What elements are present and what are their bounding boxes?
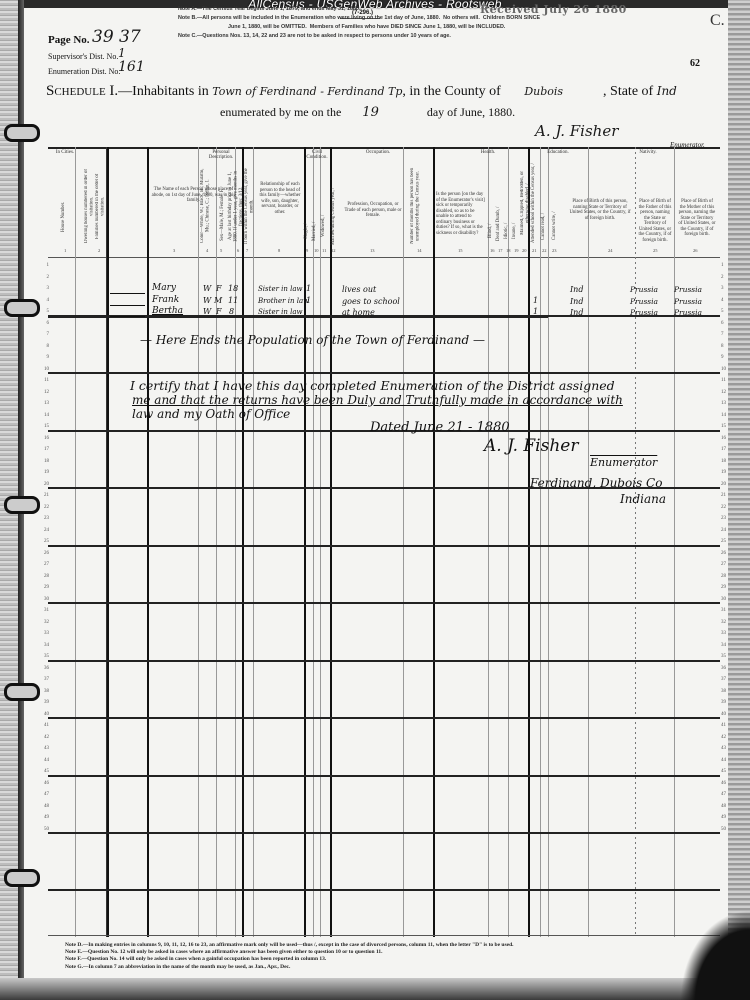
line-number: 39 xyxy=(41,697,49,709)
note-g: Note G.—In column 7 an abbreviation in t… xyxy=(65,964,514,971)
header-sickness: Is the person [on the day of the Enumera… xyxy=(436,192,486,236)
cell-age: 11 xyxy=(228,296,238,305)
line-number: 2 xyxy=(41,272,49,284)
enumerator-signature-header: A. J. Fisher xyxy=(535,122,618,140)
col-divider xyxy=(330,147,332,937)
cell-school: 1 xyxy=(533,296,538,305)
census-page: AllCensus - USGenWeb Archives - Rootsweb… xyxy=(0,0,750,1000)
line-number: 25 xyxy=(41,536,49,548)
line-number: 40 xyxy=(41,709,49,721)
header-single: Single, / xyxy=(304,217,310,245)
group-health: Health. xyxy=(458,150,518,155)
footnotes: Note D.—In making entries in columns 9, … xyxy=(65,942,514,971)
col-num: 3 xyxy=(173,248,175,253)
header-age: Age at last birthday prior to June 1, 18… xyxy=(228,167,245,245)
page-no-value: 39 37 xyxy=(92,27,141,47)
line-number: 24 xyxy=(41,525,49,537)
group-civil: Civil Condition. xyxy=(304,150,330,160)
line-number: 33 xyxy=(41,628,49,640)
cell-relationship: Sister in law xyxy=(258,308,303,316)
col-divider xyxy=(508,147,509,937)
col-num: 2 xyxy=(98,248,100,253)
schedule-title-text: —Inhabitants in xyxy=(118,84,209,99)
cell-age: 8 xyxy=(229,307,234,316)
col-divider xyxy=(75,147,76,937)
col-num: 1 xyxy=(64,248,66,253)
row-rule-25 xyxy=(48,545,720,547)
enumeration-label: Enumeration Dist. No. xyxy=(48,67,120,76)
line-number: 18 xyxy=(41,456,49,468)
certification-line-1: I certify that I have this day completed… xyxy=(130,378,615,393)
col-divider xyxy=(320,147,321,937)
col-num: 21 xyxy=(532,248,537,253)
col-num: 17 xyxy=(498,248,503,253)
line-number: 11 xyxy=(41,375,49,387)
row-rule-45 xyxy=(48,775,720,777)
col-num: 18 xyxy=(506,248,511,253)
line-number: 31 xyxy=(41,605,49,617)
header-occupation: Profession, Occupation, or Trade of each… xyxy=(344,202,402,219)
line-number: 27 xyxy=(41,559,49,571)
state-value: Ind xyxy=(657,84,677,98)
line-number: 26 xyxy=(41,548,49,560)
header-idiotic: Idiotic, / xyxy=(504,217,510,245)
line-number: 44 xyxy=(41,755,49,767)
col-num: 12 xyxy=(331,248,336,253)
corner-letter: C. xyxy=(710,12,725,30)
col-divider xyxy=(235,147,236,937)
col-num: 14 xyxy=(417,248,422,253)
note-f: Note F.—Question No. 14 will only be ask… xyxy=(65,956,514,963)
col-divider xyxy=(548,147,549,937)
schedule-title: Schedule I.—Inhabitants in Town of Ferdi… xyxy=(46,83,677,100)
cell-birthplace: Ind xyxy=(570,285,583,294)
line-number: 50 xyxy=(41,824,49,836)
line-number: 30 xyxy=(41,594,49,606)
line-number: 48 xyxy=(41,801,49,813)
header-blind: Blind, / xyxy=(488,217,494,245)
line-number: 7 xyxy=(41,329,49,341)
line-number: 4 xyxy=(41,295,49,307)
line-number: 23 xyxy=(41,513,49,525)
col-num: 6 xyxy=(237,248,239,253)
cell-father-birthplace: Prussia xyxy=(630,297,658,306)
header-widowed: Widowed, / xyxy=(321,207,327,245)
schedule-label: Schedule I. xyxy=(46,83,118,99)
enumerator-title: Enumerator xyxy=(590,456,657,469)
header-families: Families numbered in the order of visita… xyxy=(95,167,106,245)
line-number: 17 xyxy=(41,444,49,456)
col-divider xyxy=(242,147,244,937)
enumerated-prefix: enumerated by me on the xyxy=(220,105,341,119)
header-maimed: Maimed, Crippled, Bedridden, or otherwis… xyxy=(520,162,531,245)
bottom-shadow xyxy=(0,978,750,1000)
enumerator-signature: A. J. Fisher xyxy=(484,436,578,456)
header-relationship: Relationship of each person to the head … xyxy=(258,182,302,215)
line-number: 16 xyxy=(41,433,49,445)
col-num: 7 xyxy=(246,248,248,253)
line-numbers-left: 1 2 3 4 5 6 7 8 9 10 11 12 13 14 15 16 1… xyxy=(41,260,49,835)
line-number: 13 xyxy=(41,398,49,410)
line-number: 5 xyxy=(41,306,49,318)
note-c: Note C.—Questions Nos. 13, 14, 22 and 23… xyxy=(178,32,540,41)
ditto-dash xyxy=(110,293,145,294)
col-divider xyxy=(216,147,217,937)
header-attended-school: Attended school within the Census year, … xyxy=(531,162,537,245)
binder-ring-icon xyxy=(4,496,40,514)
header-father-birthplace: Place of Birth of the Father of this per… xyxy=(638,199,672,243)
group-in-cities: In Cities. xyxy=(50,150,80,155)
cell-name: Bertha xyxy=(152,306,183,316)
cell-relationship: Sister in law xyxy=(258,285,303,293)
binding-right xyxy=(728,0,750,1000)
col-divider xyxy=(433,147,435,937)
cell-age: 18 xyxy=(228,284,238,293)
line-number: 19 xyxy=(41,467,49,479)
county-label: , in the County of xyxy=(402,84,500,99)
row-rule-55 xyxy=(48,889,720,891)
line-number: 14 xyxy=(41,410,49,422)
col-num: 11 xyxy=(322,248,326,253)
header-married-census-year: Married during Census year, / xyxy=(331,187,337,245)
header-birth-month: If born within the Census year, give the… xyxy=(244,167,255,245)
county-value: Dubois xyxy=(504,85,603,98)
col-divider xyxy=(528,147,530,937)
col-num: 24 xyxy=(608,248,613,253)
cell-color: W xyxy=(203,307,211,316)
col-divider xyxy=(313,147,314,937)
note-d: Note D.—In making entries in columns 9, … xyxy=(65,942,514,949)
col-divider xyxy=(488,147,489,937)
cell-occupation: goes to school xyxy=(342,297,400,306)
line-number: 10 xyxy=(41,364,49,376)
line-number: 34 xyxy=(41,640,49,652)
group-education: Education. xyxy=(533,150,583,155)
line-number: 29 xyxy=(41,582,49,594)
cell-father-birthplace: Prussia xyxy=(630,308,658,317)
col-divider xyxy=(403,147,404,937)
note-b-cont: June 1, 1880, will be OMITTED. Members o… xyxy=(178,23,540,32)
col-num: 22 xyxy=(542,248,547,253)
line-number: 28 xyxy=(41,571,49,583)
cell-color: W xyxy=(203,296,211,305)
group-occupation: Occupation. xyxy=(348,150,408,155)
enumeration-value: 161 xyxy=(118,59,145,75)
cell-single: 1 xyxy=(306,284,311,293)
col-num: 5 xyxy=(220,248,222,253)
cell-mother-birthplace: Prussia xyxy=(674,285,702,294)
line-number: 21 xyxy=(41,490,49,502)
row-rule-40 xyxy=(48,717,720,719)
cell-relationship: Brother in law xyxy=(258,297,309,305)
line-number: 3 xyxy=(41,283,49,295)
line-number: 32 xyxy=(41,617,49,629)
state-label: , State of xyxy=(603,84,653,99)
cell-sex: F xyxy=(216,284,222,293)
header-cannot-write: Cannot write, / xyxy=(552,207,558,245)
ditto-dash xyxy=(110,305,145,306)
cell-name: Frank xyxy=(152,295,179,305)
line-number: 12 xyxy=(41,387,49,399)
col-num: 16 xyxy=(490,248,495,253)
col-divider xyxy=(588,147,589,937)
group-personal: Personal Description. xyxy=(200,150,242,160)
enumerated-suffix: day of June, 1880. xyxy=(427,105,515,119)
col-divider xyxy=(147,147,149,937)
row-rule-50 xyxy=(48,832,720,834)
line-number: 46 xyxy=(41,778,49,790)
note-e: Note E.—Question No. 12 will only be ask… xyxy=(65,949,514,956)
location-line-2: Indiana xyxy=(620,492,666,506)
cell-father-birthplace: Prussia xyxy=(630,285,658,294)
cell-single: 1 xyxy=(306,296,311,305)
row-underline xyxy=(48,317,548,318)
header-cannot-read: Cannot read, / xyxy=(541,207,547,245)
col-num: 10 xyxy=(314,248,319,253)
line-number: 37 xyxy=(41,674,49,686)
line-number: 6 xyxy=(41,318,49,330)
col-num: 23 xyxy=(552,248,557,253)
header-color: Color—White, W.; Black, B.; Mulatto, Mu.… xyxy=(200,167,211,245)
header-birthplace: Place of Birth of this person, naming St… xyxy=(568,199,632,221)
cell-birthplace: Ind xyxy=(570,297,583,306)
cell-sex: M xyxy=(214,296,222,305)
table-bottom-rule xyxy=(48,935,720,936)
line-number: 38 xyxy=(41,686,49,698)
header-notes: Note A.—The Census Year begins June 1, 1… xyxy=(178,5,540,41)
cell-birthplace: Ind xyxy=(570,308,583,317)
line-number: 35 xyxy=(41,651,49,663)
col-num: 15 xyxy=(458,248,463,253)
cell-occupation: lives out xyxy=(342,285,376,294)
line-number: 8 xyxy=(41,341,49,353)
certification-line-3: law and my Oath of Office xyxy=(132,407,290,421)
line-number: 45 xyxy=(41,766,49,778)
col-divider xyxy=(253,147,254,937)
note-a: Note A.—The Census Year begins June 1, 1… xyxy=(178,5,540,14)
line-number: 47 xyxy=(41,789,49,801)
cell-name: Mary xyxy=(152,283,176,293)
col-divider xyxy=(107,147,109,937)
group-nativity: Nativity. xyxy=(618,150,678,155)
end-of-population-note: — Here Ends the Population of the Town o… xyxy=(140,333,485,347)
page-no-label: Page No. xyxy=(48,34,90,46)
col-divider xyxy=(540,147,541,937)
col-divider xyxy=(198,147,199,937)
header-house-number: House Number. xyxy=(61,192,67,242)
place-value: Town of Ferdinand - Ferdinand Tp xyxy=(212,85,402,98)
binder-ring-icon xyxy=(4,124,40,142)
sheet-number: 62 xyxy=(690,58,700,69)
binder-ring-icon xyxy=(4,869,40,887)
header-deaf-dumb: Deaf and Dumb, / xyxy=(496,202,502,245)
header-sex: Sex—Male, M.; Female, F. xyxy=(220,187,226,242)
col-num: 20 xyxy=(522,248,527,253)
line-number: 20 xyxy=(41,479,49,491)
cell-mother-birthplace: Prussia xyxy=(674,308,702,317)
cell-mother-birthplace: Prussia xyxy=(674,297,702,306)
col-num: 9 xyxy=(306,248,308,253)
col-divider xyxy=(304,147,306,937)
row-rule-30 xyxy=(48,602,720,604)
header-mother-birthplace: Place of Birth of the Mother of this per… xyxy=(678,199,716,238)
col-divider xyxy=(635,147,636,937)
supervisor-label: Supervisor's Dist. No. xyxy=(48,52,118,61)
col-divider xyxy=(674,147,675,937)
line-number: 43 xyxy=(41,743,49,755)
line-number: 15 xyxy=(41,421,49,433)
cell-school: 1 xyxy=(533,307,538,316)
header-married: Married, / xyxy=(312,217,318,245)
col-num: 26 xyxy=(693,248,698,253)
col-num: 25 xyxy=(653,248,658,253)
col-num: 13 xyxy=(370,248,375,253)
line-number: 42 xyxy=(41,732,49,744)
binder-ring-icon xyxy=(4,683,40,701)
line-number: 49 xyxy=(41,812,49,824)
col-num: 19 xyxy=(514,248,519,253)
census-table: In Cities. Personal Description. Civil C… xyxy=(48,147,720,937)
dated-line: Dated June 21 - 1880 xyxy=(370,420,510,435)
cell-sex: F xyxy=(216,307,222,316)
supervisor-value: 1 xyxy=(118,46,126,60)
header-months-unemployed: Number of months this person has been un… xyxy=(410,167,421,245)
line-number: 22 xyxy=(41,502,49,514)
header-insane: Insane, / xyxy=(512,217,518,245)
cell-color: W xyxy=(203,284,211,293)
note-b: Note B.—All persons will be included in … xyxy=(178,14,540,23)
certification-line-2: me and that the returns have been Duly a… xyxy=(132,393,623,407)
row-rule-35 xyxy=(48,660,720,662)
col-num: 8 xyxy=(278,248,280,253)
line-number: 36 xyxy=(41,663,49,675)
cell-occupation: at home xyxy=(342,308,375,317)
binder-ring-icon xyxy=(4,299,40,317)
line-number: 1 xyxy=(41,260,49,272)
enumerated-line: enumerated by me on the 19 day of June, … xyxy=(220,105,515,120)
header-dwellings: Dwelling houses numbered in order of vis… xyxy=(84,167,95,245)
col-num: 4 xyxy=(206,248,208,253)
line-number: 9 xyxy=(41,352,49,364)
row-rule-10 xyxy=(48,372,720,374)
line-number: 41 xyxy=(41,720,49,732)
location-line-1: Ferdinand, Dubois Co xyxy=(530,476,662,490)
enumerated-day: 19 xyxy=(344,105,424,120)
corner-shadow xyxy=(680,910,750,1000)
